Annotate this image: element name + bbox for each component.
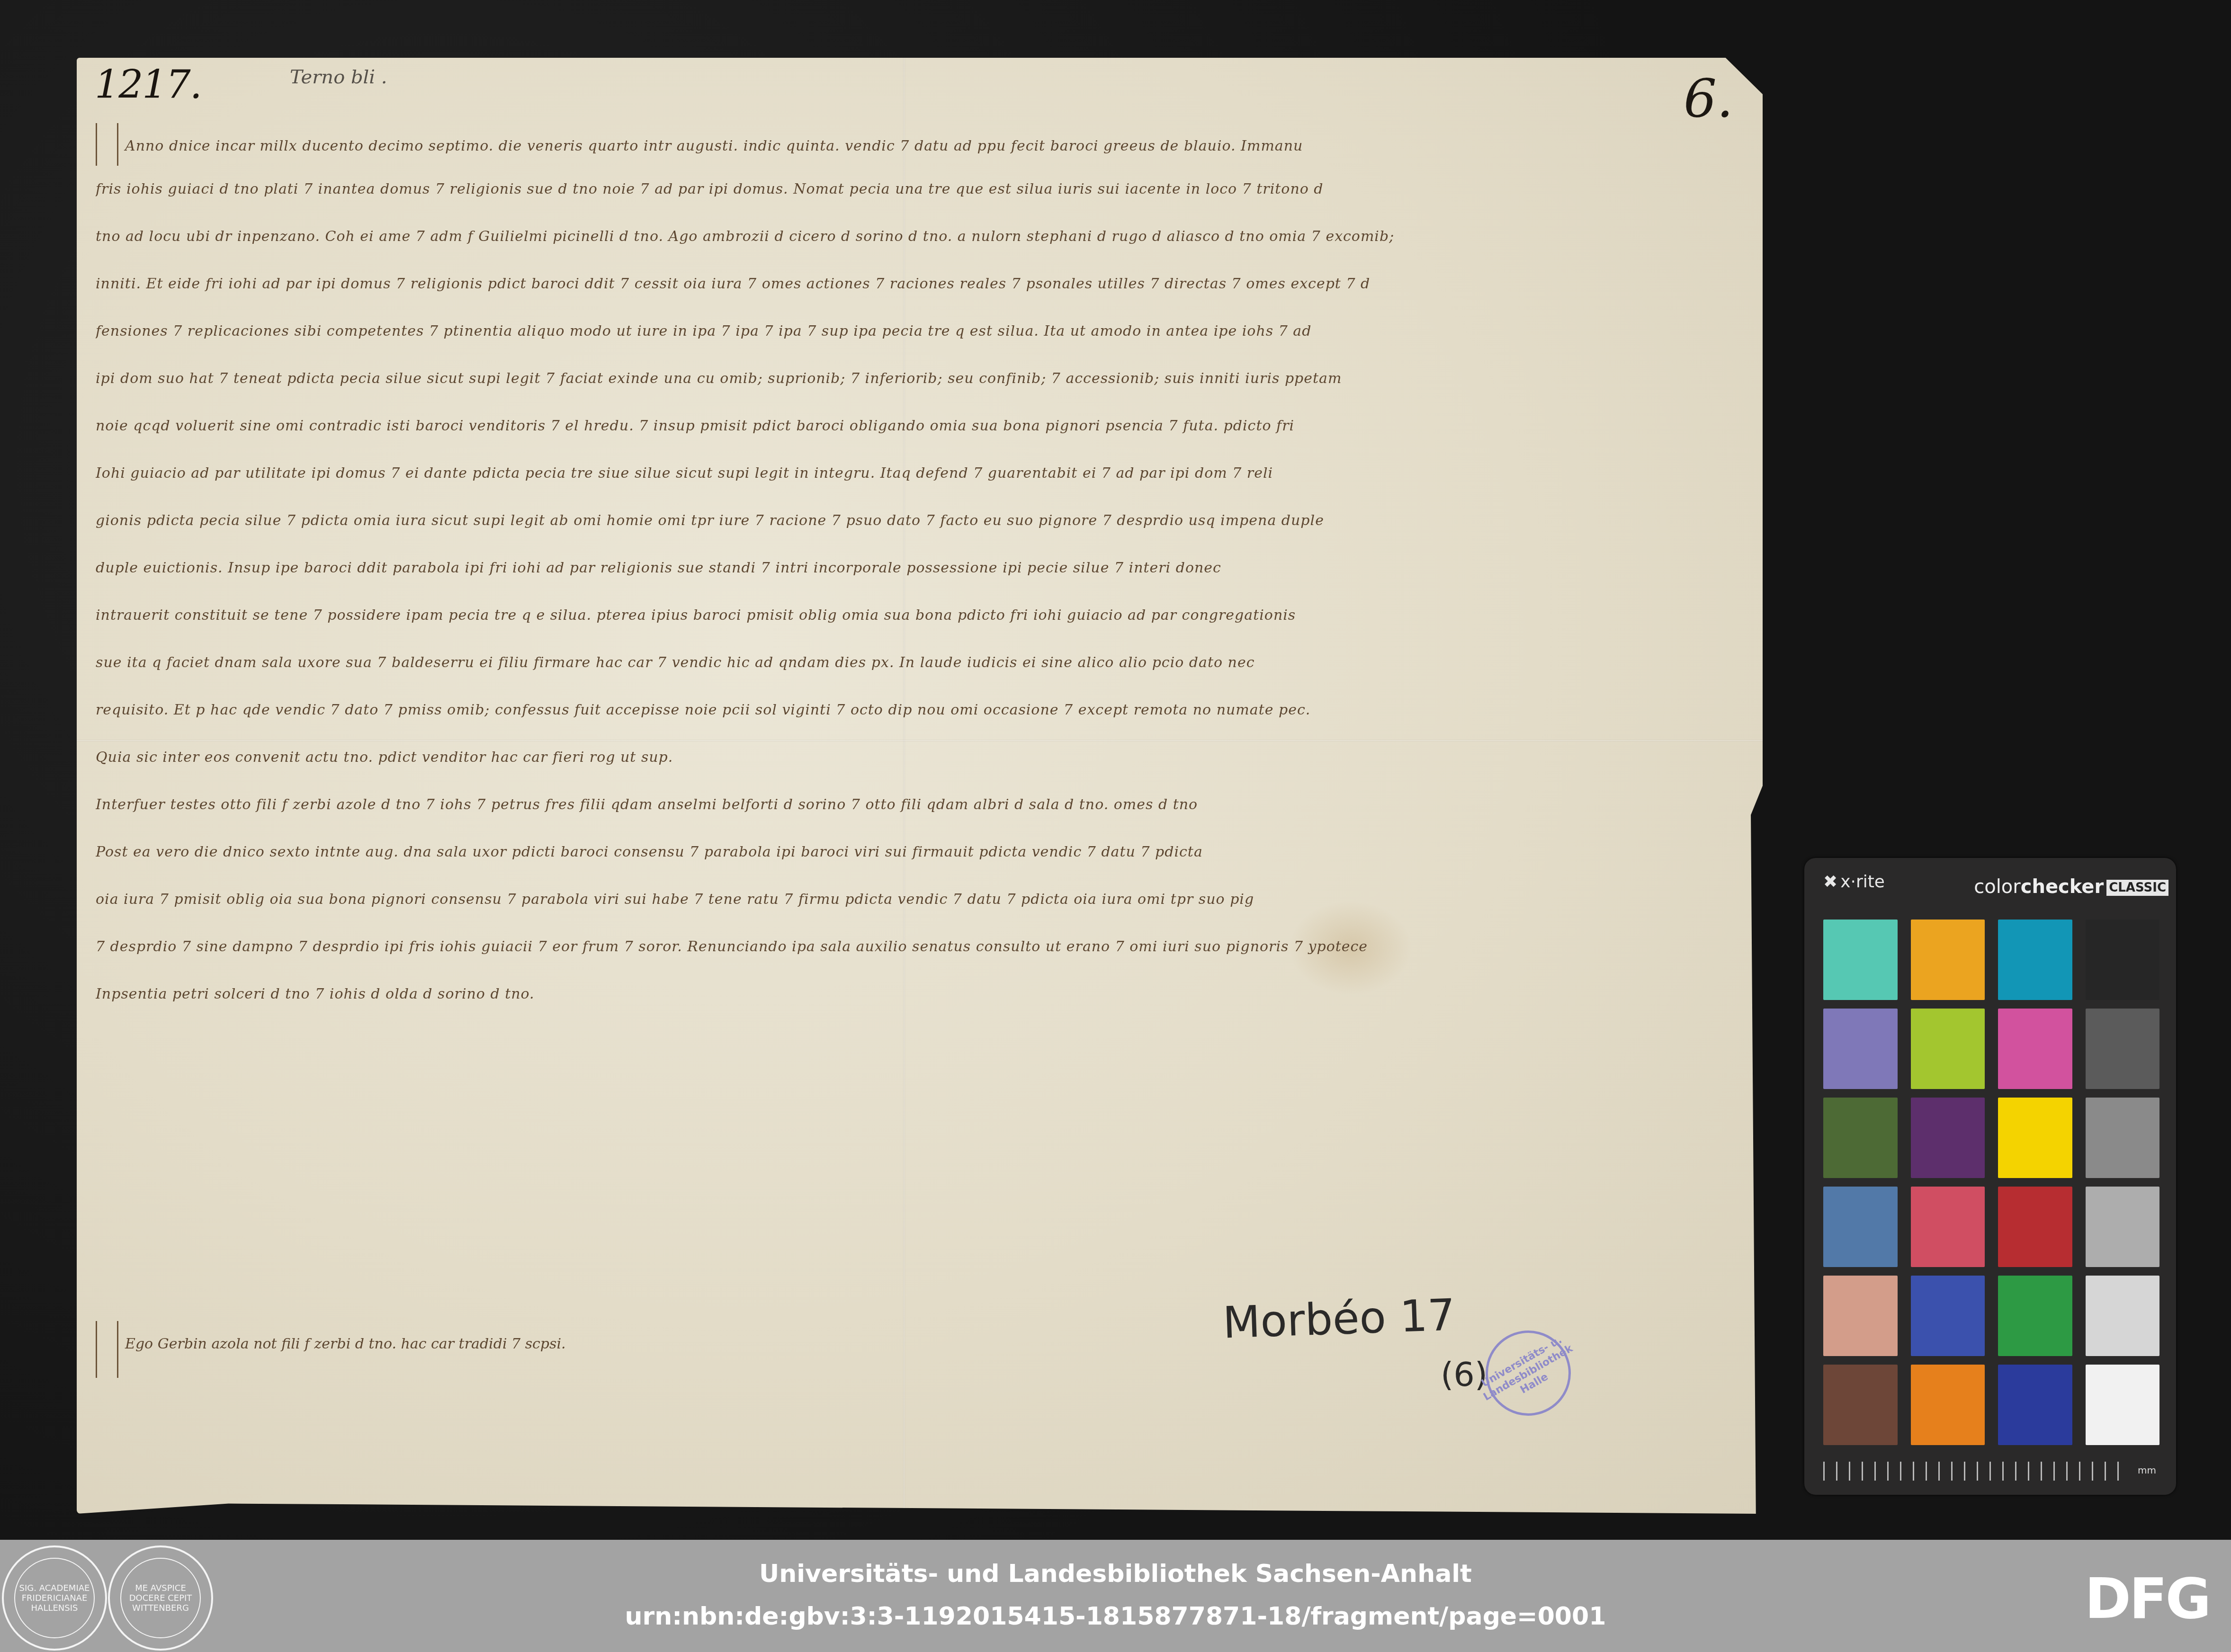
- manuscript-line: Post ea vero die dnico sexto intnte aug.…: [96, 829, 1725, 876]
- manuscript-line: Anno dnice incar millx ducento decimo se…: [96, 118, 1725, 166]
- dfg-logo-icon: DFG: [2085, 1566, 2209, 1631]
- library-stamp: Universitäts- u. Landesbibliothek Halle: [1470, 1315, 1586, 1431]
- color-patch: [2086, 1365, 2160, 1445]
- manuscript-line: inniti. Et eide fri iohi ad par ipi domu…: [96, 260, 1725, 308]
- color-patch: [2086, 920, 2160, 1000]
- manuscript-line: Quia sic inter eos convenit actu tno. pd…: [96, 734, 1725, 781]
- manuscript-line: sue ita q faciet dnam sala uxore sua 7 b…: [96, 639, 1725, 687]
- mm-ruler: [1823, 1462, 2126, 1481]
- xrite-icon: ✖: [1823, 872, 1837, 892]
- color-patch: [1911, 1276, 1985, 1356]
- color-patch: [1823, 1098, 1898, 1178]
- color-patch: [1911, 1009, 1985, 1089]
- color-patch: [1823, 920, 1898, 1000]
- manuscript-line: gionis pdicta pecia silue 7 pdicta omia …: [96, 497, 1725, 545]
- color-patch: [2086, 1009, 2160, 1089]
- manuscript-line: oia iura 7 pmisit oblig oia sua bona pig…: [96, 876, 1725, 923]
- color-patch: [2086, 1187, 2160, 1267]
- colorchecker-title: colorcheckerCLASSIC: [1974, 876, 2168, 898]
- year-annotation: 1217.: [95, 63, 201, 107]
- scan-background: 1217. Terno bli . 6. Anno dnice incar mi…: [0, 0, 2231, 1540]
- manuscript-line: intrauerit constituit se tene 7 possider…: [96, 592, 1725, 639]
- color-patch: [1823, 1276, 1898, 1356]
- manuscript-line: duple euictionis. Insup ipe baroci ddit …: [96, 545, 1725, 592]
- manuscript-line: 7 desprdio 7 sine dampno 7 desprdio ipi …: [96, 923, 1725, 971]
- notary-signum-icon: [96, 1321, 118, 1378]
- manuscript-line: tno ad locu ubi dr inpenzano. Coh ei ame…: [96, 213, 1725, 260]
- ruler-unit-label: mm: [2138, 1464, 2156, 1476]
- color-patch: [1911, 1098, 1985, 1178]
- color-patch: [1998, 1098, 2072, 1178]
- manuscript-line: Interfuer testes otto fili f zerbi azole…: [96, 781, 1725, 829]
- color-patch: [1911, 1365, 1985, 1445]
- color-patch: [1823, 1009, 1898, 1089]
- color-checker-card: ✖x·rite colorcheckerCLASSIC mm: [1804, 858, 2176, 1495]
- shelfmark-annotation: Morbéo 17: [1222, 1289, 1456, 1348]
- color-patch: [1998, 1276, 2072, 1356]
- urn-identifier[interactable]: urn:nbn:de:gbv:3:3-1192015415-1815877871…: [0, 1602, 2231, 1631]
- notary-subscription: Ego Gerbin azola not fili f zerbi d tno.…: [96, 1316, 566, 1373]
- manuscript-line: Inpsentia petri solceri d tno 7 iohis d …: [96, 971, 1725, 1018]
- color-patch-grid: [1823, 920, 2159, 1445]
- color-patch: [1911, 1187, 1985, 1267]
- manuscript-line: fensiones 7 replicaciones sibi competent…: [96, 308, 1725, 355]
- manuscript-line: Iohi guiacio ad par utilitate ipi domus …: [96, 450, 1725, 497]
- color-patch: [2086, 1098, 2160, 1178]
- color-patch: [1823, 1365, 1898, 1445]
- manuscript-line: requisito. Et p hac qde vendic 7 dato 7 …: [96, 687, 1725, 734]
- color-patch: [1998, 1009, 2072, 1089]
- manuscript-line: noie qcqd voluerit sine omi contradic is…: [96, 402, 1725, 450]
- color-patch: [1911, 920, 1985, 1000]
- manuscript-line: fris iohis guiaci d tno plati 7 inantea …: [96, 166, 1725, 213]
- color-patch: [1998, 1187, 2072, 1267]
- color-patch: [1823, 1187, 1898, 1267]
- parchment-document: 1217. Terno bli . 6. Anno dnice incar mi…: [77, 58, 1763, 1514]
- notary-signum-icon: [96, 123, 118, 166]
- library-footer: SIG. ACADEMIAE FRIDERICIANAE HALLENSIS M…: [0, 1540, 2231, 1652]
- color-patch: [1998, 1365, 2072, 1445]
- xrite-logo: ✖x·rite: [1823, 872, 1885, 892]
- manuscript-line: ipi dom suo hat 7 teneat pdicta pecia si…: [96, 355, 1725, 402]
- pencil-annotation: Terno bli .: [290, 66, 387, 88]
- color-patch: [2086, 1276, 2160, 1356]
- institution-name: Universitäts- und Landesbibliothek Sachs…: [0, 1560, 2231, 1588]
- color-patch: [1998, 920, 2072, 1000]
- manuscript-text: Anno dnice incar millx ducento decimo se…: [96, 118, 1725, 1018]
